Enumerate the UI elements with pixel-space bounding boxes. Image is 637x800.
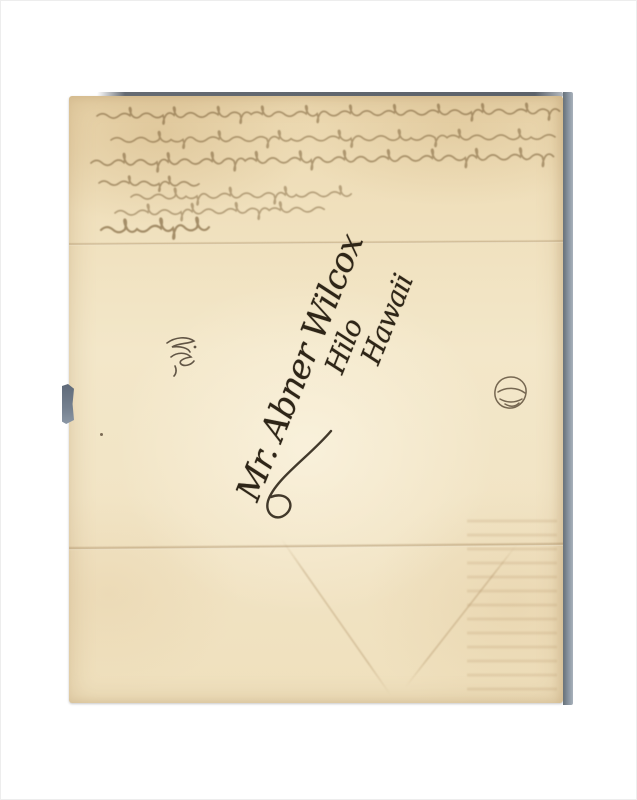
circular-ink-mark (491, 373, 531, 415)
bleedthrough-handwriting (87, 100, 567, 260)
ink-speck (100, 433, 103, 436)
ink-doodle-mark (161, 333, 209, 381)
address-block: Mr. Abner Wilcox Hilo Hawaii (230, 214, 431, 528)
letter-sheet: Mr. Abner Wilcox Hilo Hawaii (69, 96, 563, 703)
scanned-letter-page: Mr. Abner Wilcox Hilo Hawaii (0, 0, 637, 800)
diagonal-crease-left (281, 539, 392, 696)
bleedthrough-faint-lines (467, 514, 557, 694)
paper-tear-notch (62, 384, 74, 424)
